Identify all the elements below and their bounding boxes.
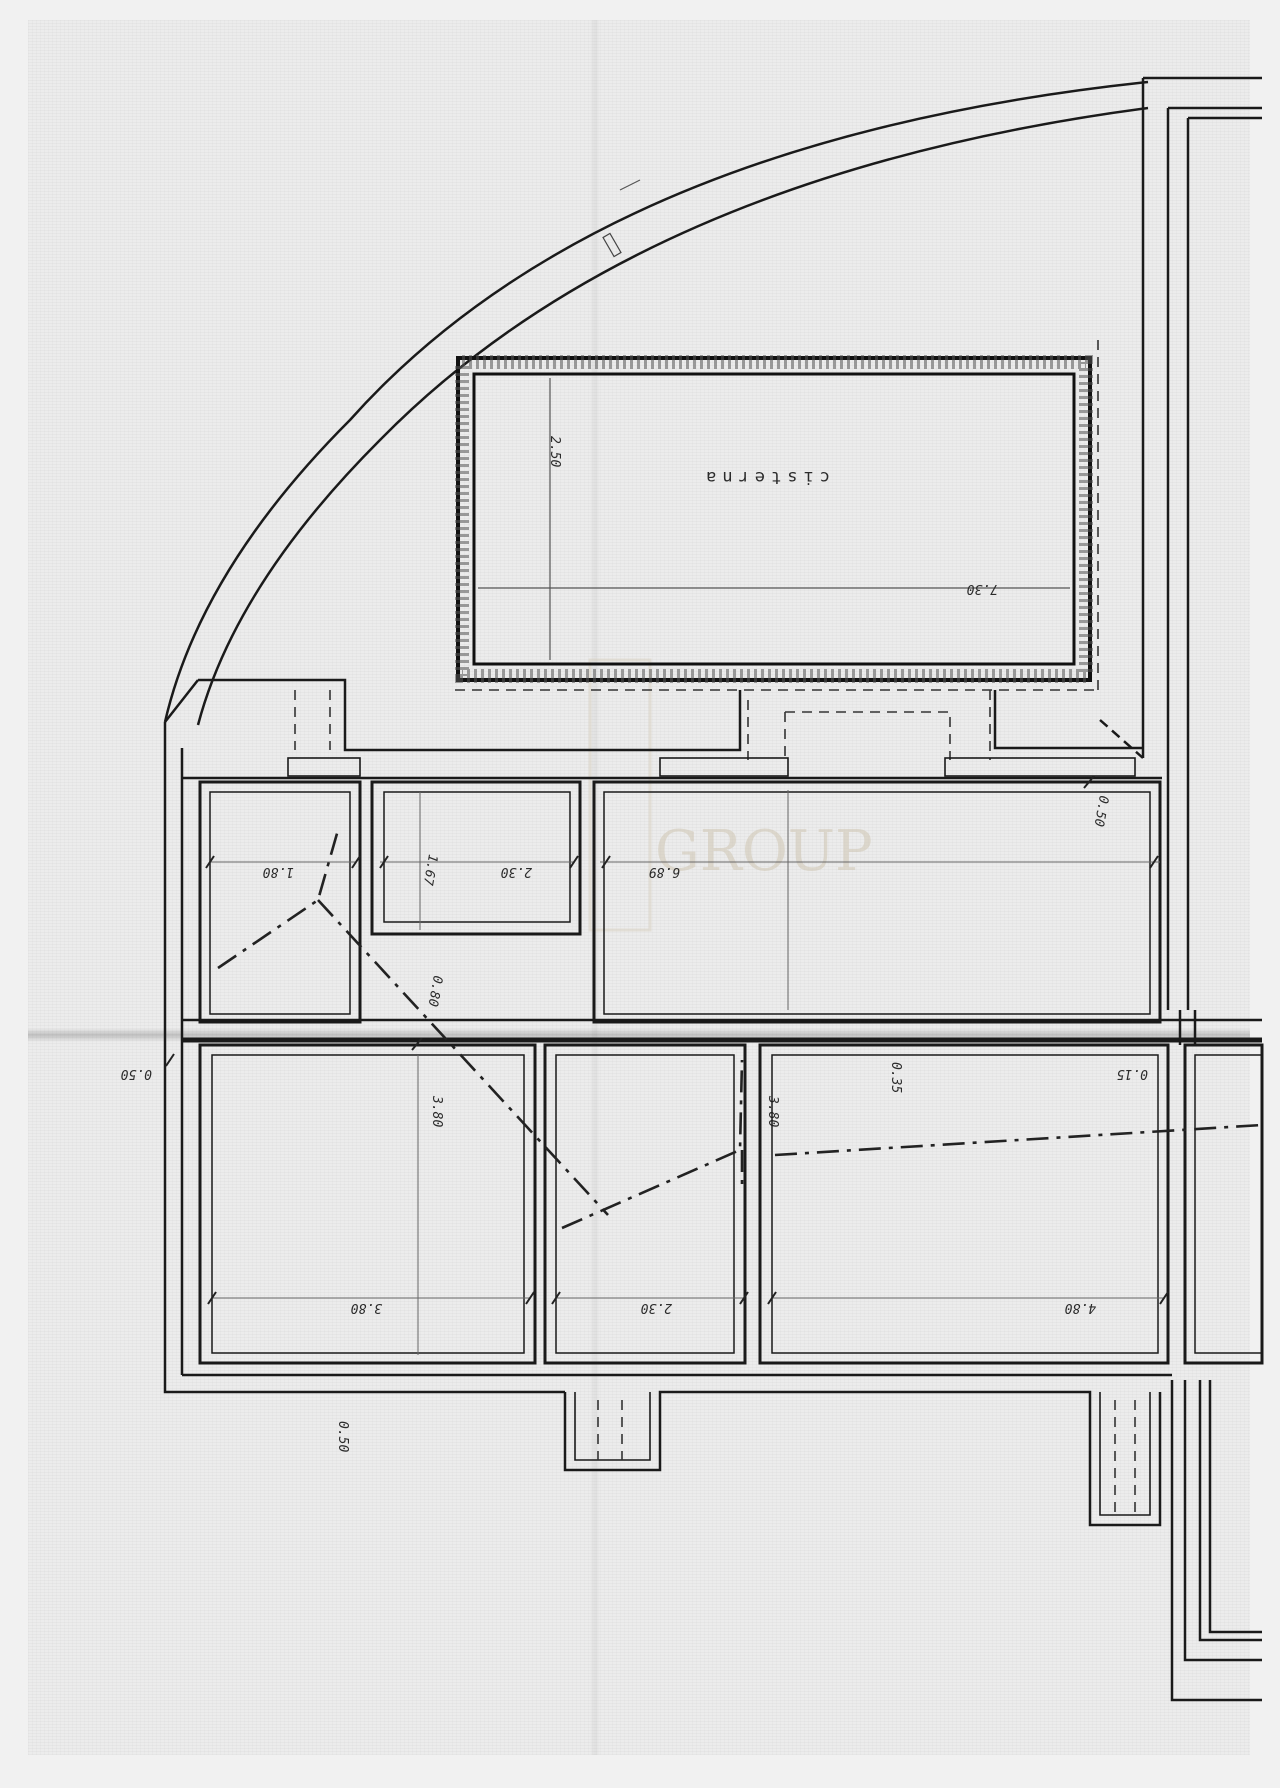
room-top-left: 1.80 [200,782,360,1022]
room-top-long: 6.89 0.50 0.80 [425,782,1160,1022]
dim-wall-bottom: 0.50 [335,1421,350,1452]
dim-corridor-height: 0.80 [425,974,445,1008]
watermark-text: GROUP [655,819,873,884]
dim-room-bottom-right-width: 4.80 [1065,1300,1096,1315]
room-bottom-mid: 2.30 3.80 [545,1045,780,1363]
room-right-strip [1172,1045,1262,1700]
dim-room-small-height: 1.67 [420,853,440,887]
dim-wall-left: 0.50 [121,1066,152,1081]
cistern: cisterna 7.30 2.50 [455,340,1098,690]
dim-room-small-width: 2.30 [501,864,532,879]
central-corridor [182,1010,1262,1045]
dim-corridor-depth: 0.35 [888,1062,903,1093]
dim-room-top-left-width: 1.80 [263,864,294,879]
dim-room-bottom-mid-width: 2.30 [641,1300,672,1315]
floor-plan-drawing: GROUP cisterna 7.30 2.50 [0,0,1280,1788]
section-cut-lines [218,830,1262,1228]
room-small: 2.30 1.67 [372,782,580,934]
scanned-sheet: GROUP cisterna 7.30 2.50 [0,0,1280,1788]
upper-wing-walls [165,680,1162,1392]
dim-wall-top-right: 0.50 [1091,794,1111,828]
dim-room-bottom-left-width: 3.80 [351,1300,383,1315]
room-bottom-right: 4.80 0.35 0.15 [760,1045,1168,1363]
dim-wall-right-mid: 0.15 [1117,1066,1148,1081]
cistern-depth-label: 2.50 [547,436,562,467]
curved-outer-wall [165,82,1148,725]
watermark-logo [590,660,650,930]
bottom-exterior: 0.50 [182,1375,1172,1525]
cistern-label: cisterna [700,467,830,487]
dim-room-top-long-width: 6.89 [649,864,680,879]
cistern-width-label: 7.30 [967,581,998,596]
dim-room-bottom-left-height: 3.80 [429,1095,444,1127]
